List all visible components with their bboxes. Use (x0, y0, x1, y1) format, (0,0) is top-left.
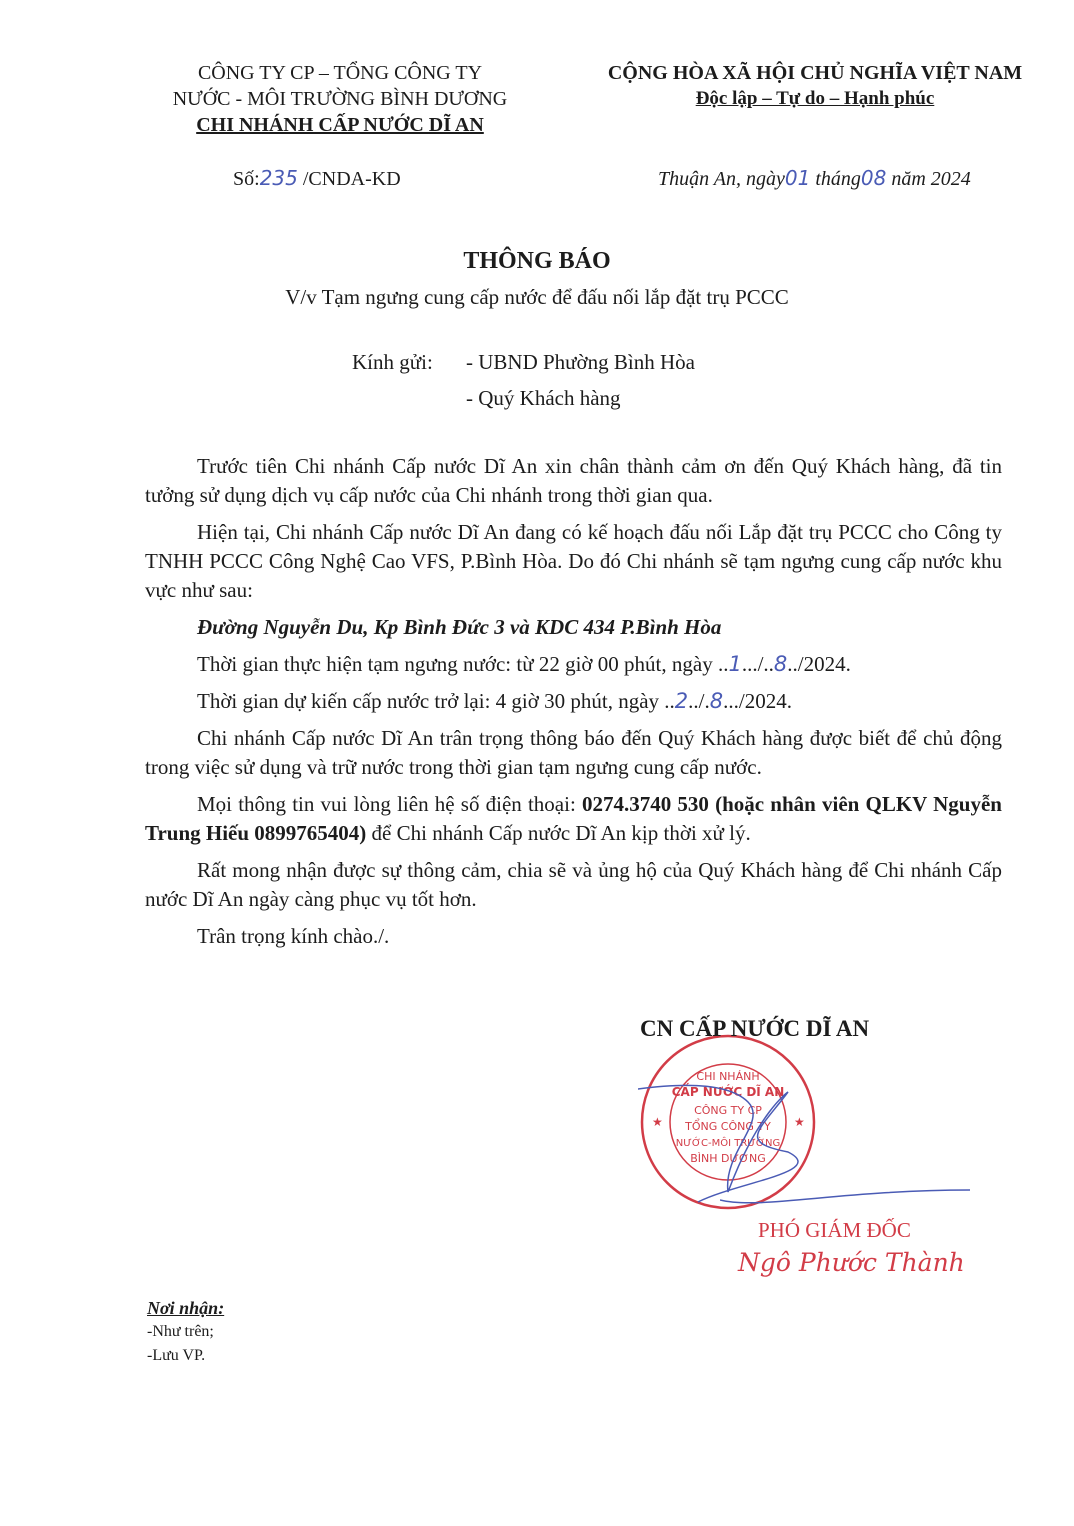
document-number: Số:235 /CNDA-KD (233, 166, 401, 191)
svg-text:TỔNG CÔNG TY: TỔNG CÔNG TY (684, 1118, 771, 1133)
signer-role: PHÓ GIÁM ĐỐC (758, 1218, 911, 1243)
svg-text:★: ★ (794, 1115, 805, 1129)
signature-stroke-icon (720, 1150, 980, 1210)
document-date: Thuận An, ngày01 tháng08 năm 2024 (658, 166, 971, 191)
issuer-line-1: CÔNG TY CP – TỔNG CÔNG TY (130, 60, 550, 86)
stop-time: Thời gian thực hiện tạm ngưng nước: từ 2… (145, 650, 1002, 679)
signer-name: Ngô Phước Thành (738, 1248, 965, 1277)
handwritten-day: 01 (785, 166, 810, 190)
svg-text:CHI NHÁNH: CHI NHÁNH (696, 1070, 759, 1083)
paragraph-notice: Chi nhánh Cấp nước Dĩ An trân trọng thôn… (145, 724, 1002, 782)
handwritten-month: 08 (861, 166, 886, 190)
paragraph-contact: Mọi thông tin vui lòng liên hệ số điện t… (145, 790, 1002, 848)
document-subject: V/v Tạm ngưng cung cấp nước để đấu nối l… (0, 285, 1074, 310)
national-motto: Độc lập – Tự do – Hạnh phúc (575, 86, 1055, 112)
issuer-line-2: NƯỚC - MÔI TRƯỜNG BÌNH DƯƠNG (130, 86, 550, 112)
svg-text:★: ★ (652, 1115, 663, 1129)
recipients-label: Kính gửi: (352, 344, 466, 380)
receivers: Nơi nhận: -Như trên; -Lưu VP. (147, 1296, 224, 1368)
signing-organization: CN CẤP NƯỚC DĨ AN (640, 1016, 869, 1042)
issuer-header: CÔNG TY CP – TỔNG CÔNG TY NƯỚC - MÔI TRƯ… (130, 60, 550, 138)
paragraph-thanks: Trước tiên Chi nhánh Cấp nước Dĩ An xin … (145, 452, 1002, 510)
issuer-branch: CHI NHÁNH CẤP NƯỚC DĨ AN (130, 112, 550, 138)
national-title: CỘNG HÒA XÃ HỘI CHỦ NGHĨA VIỆT NAM (575, 60, 1055, 86)
handwritten-number: 235 (260, 166, 298, 190)
receiver-item: -Như trên; (147, 1320, 224, 1344)
recipient-item: - UBND Phường Bình Hòa (466, 344, 695, 380)
paragraph-plan: Hiện tại, Chi nhánh Cấp nước Dĩ An đang … (145, 518, 1002, 605)
resume-time: Thời gian dự kiến cấp nước trở lại: 4 gi… (145, 687, 1002, 716)
recipient-item: - Quý Khách hàng (466, 380, 621, 416)
paragraph-appreciation: Rất mong nhận được sự thông cảm, chia sẽ… (145, 856, 1002, 914)
affected-address: Đường Nguyễn Du, Kp Bình Đức 3 và KDC 43… (145, 613, 1002, 642)
recipients: Kính gửi:- UBND Phường Bình Hòa - Quý Kh… (352, 344, 695, 416)
receiver-item: -Lưu VP. (147, 1344, 224, 1368)
document-title: THÔNG BÁO (0, 248, 1074, 275)
receivers-heading: Nơi nhận: (147, 1296, 224, 1320)
svg-text:NƯỚC-MÔI TRƯỜNG: NƯỚC-MÔI TRƯỜNG (676, 1136, 780, 1149)
paragraph-closing: Trân trọng kính chào./. (145, 922, 1002, 951)
document-body: Trước tiên Chi nhánh Cấp nước Dĩ An xin … (145, 452, 1002, 959)
national-header: CỘNG HÒA XÃ HỘI CHỦ NGHĨA VIỆT NAM Độc l… (575, 60, 1055, 112)
